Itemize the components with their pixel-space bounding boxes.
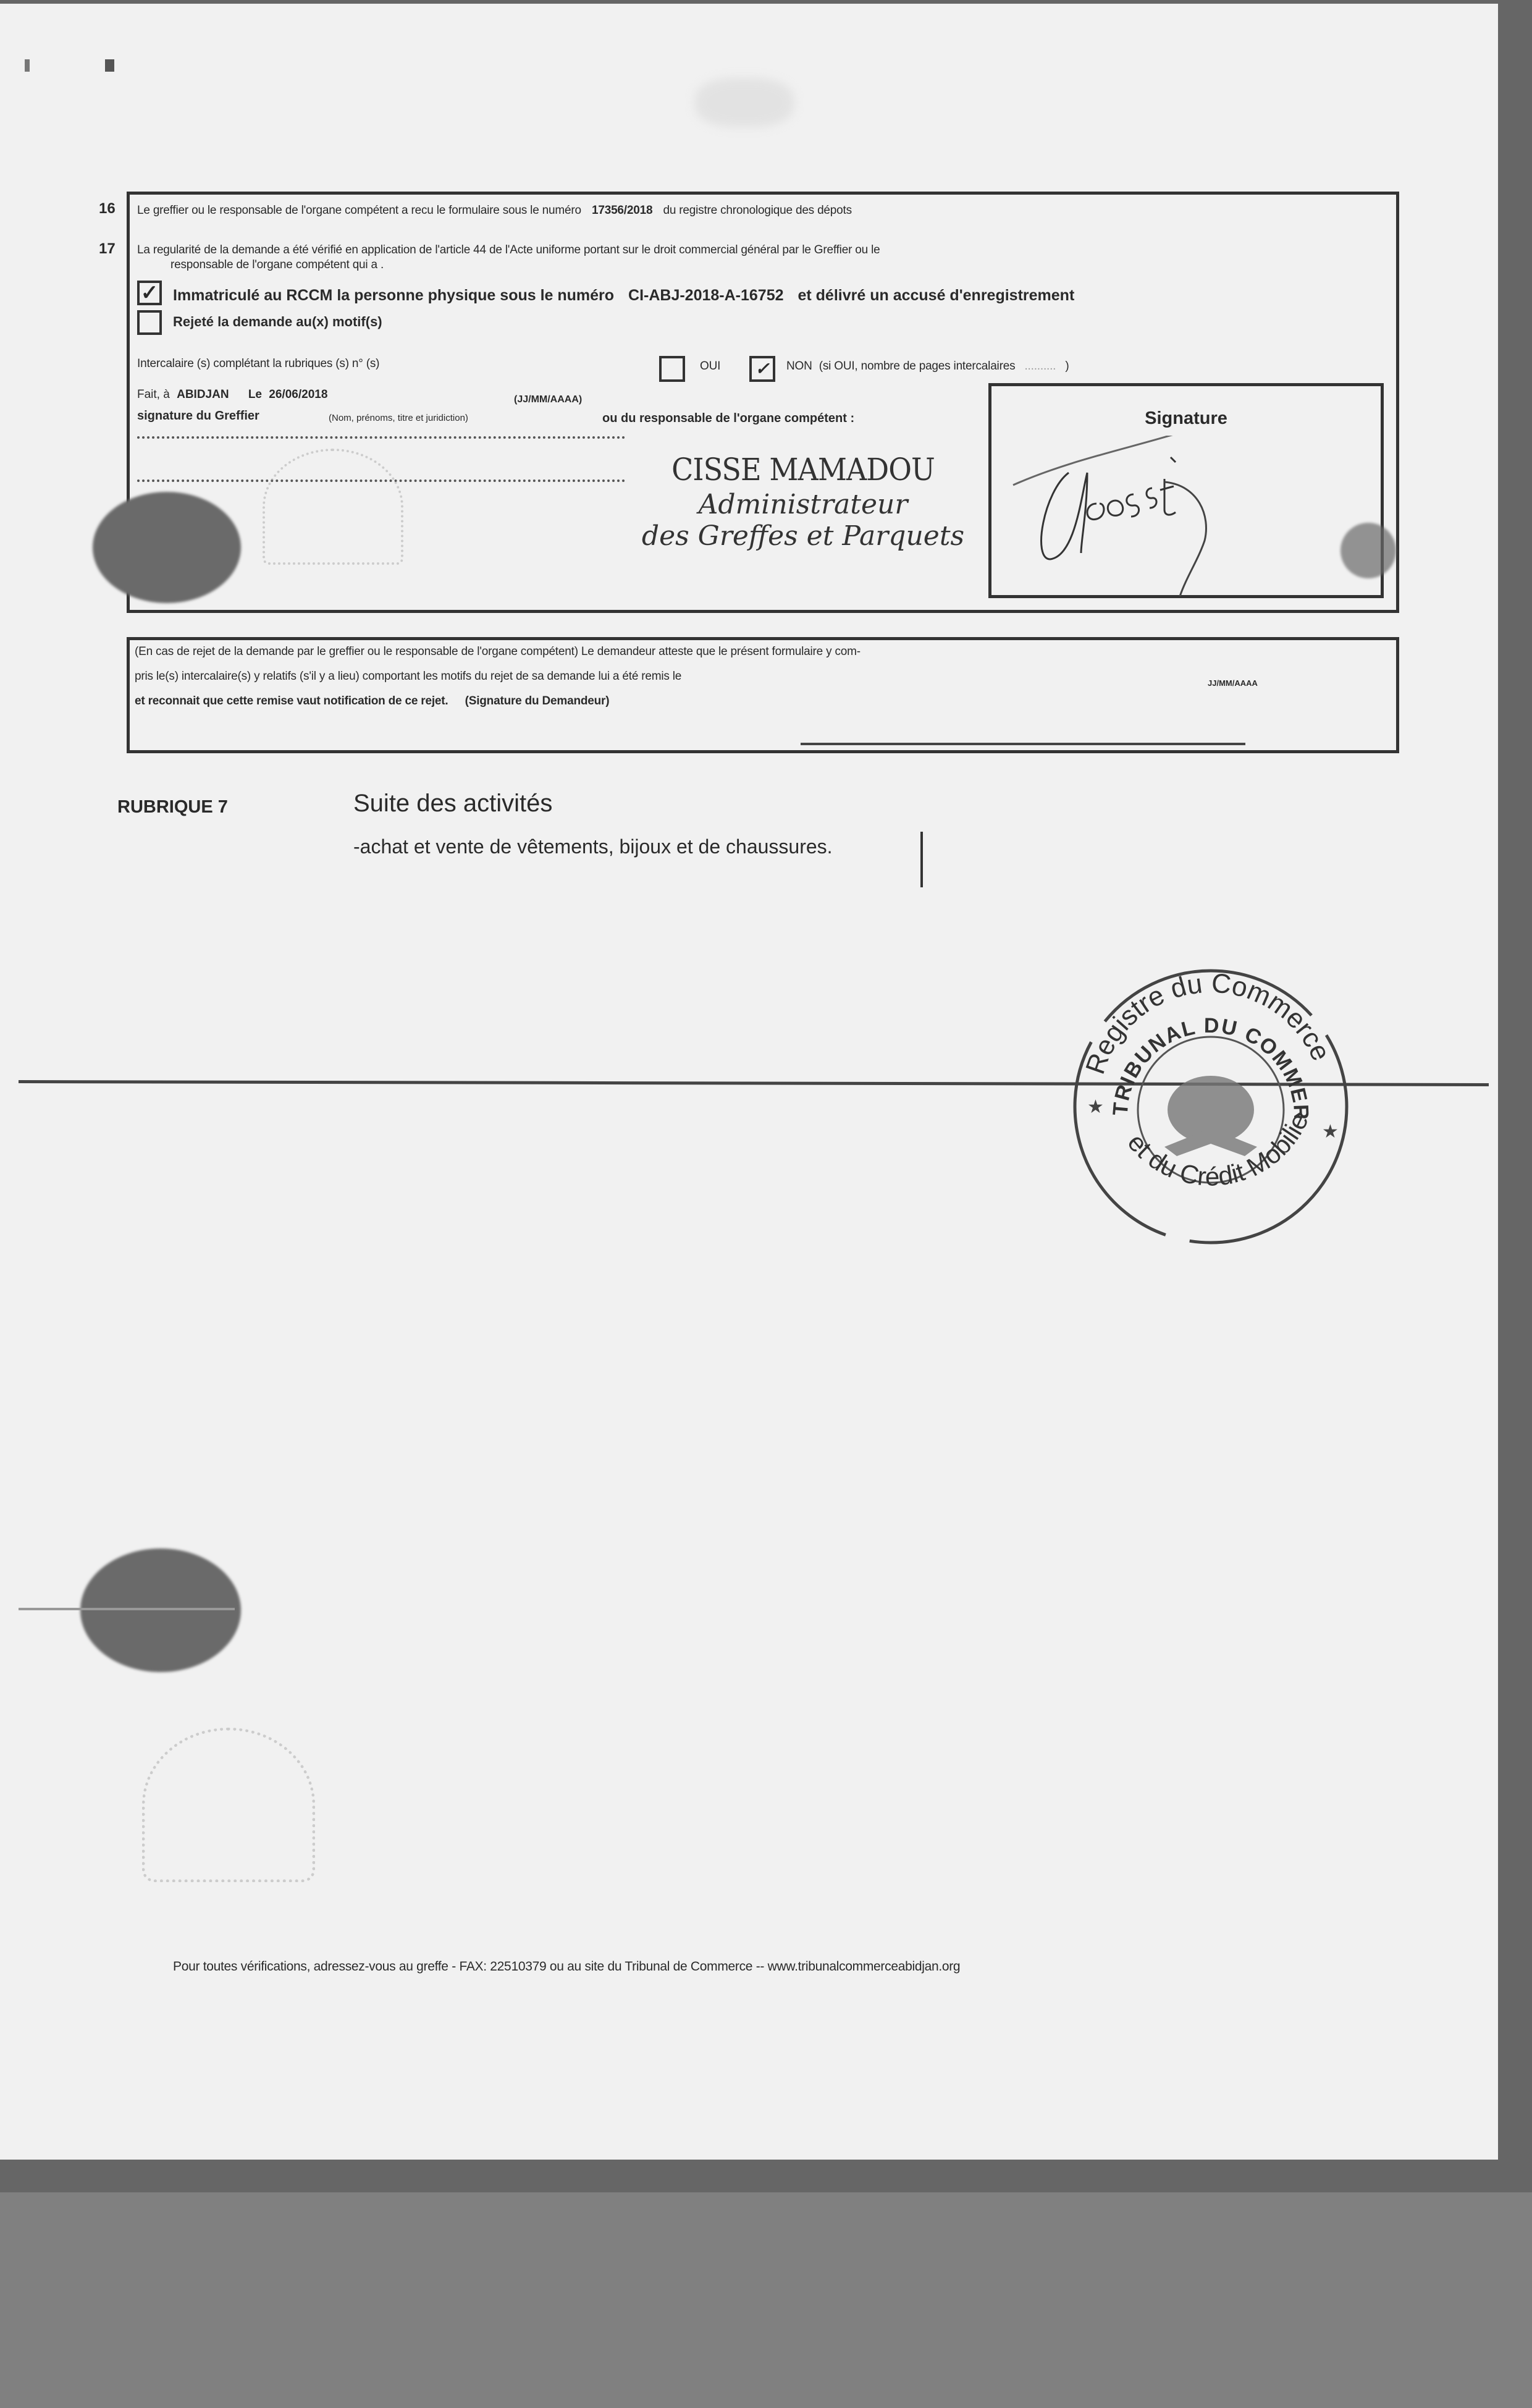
rejected-checkbox[interactable] xyxy=(137,310,162,335)
applicant-signature-line xyxy=(801,743,1245,745)
ink-stain-right xyxy=(1340,523,1396,578)
section-17-line1: La regularité de la demande a été vérifi… xyxy=(137,243,880,257)
non-checkbox[interactable]: ✓ xyxy=(749,356,775,382)
section-16-text: Le greffier ou le responsable de l'organ… xyxy=(137,204,852,218)
registry-number: 17356/2018 xyxy=(592,204,652,217)
rejected-option-label: Rejeté la demande au(x) motif(s) xyxy=(173,314,382,330)
svg-text:★: ★ xyxy=(1087,1097,1104,1117)
official-name: CISSE MAMADOU xyxy=(650,452,957,488)
court-seal-icon: Registre du Commerce TRIBUNAL DU COMMERC… xyxy=(1063,961,1359,1246)
signature-box-title: Signature xyxy=(991,408,1381,429)
rubrique-title: Suite des activités xyxy=(353,790,552,817)
ink-stain-left xyxy=(93,492,241,603)
section-17-line2: responsable de l'organe compétent qui a … xyxy=(170,258,384,272)
signature-box: Signature xyxy=(988,383,1384,598)
rejection-line3: et reconnait que cette remise vaut notif… xyxy=(135,695,609,708)
done-at-line: Fait, à ABIDJAN Le 26/06/2018 xyxy=(137,388,327,402)
punch-hole-mark xyxy=(25,59,117,72)
intercalaire-label: Intercalaire (s) complétant la rubriques… xyxy=(137,357,379,371)
scanned-page: 16 17 Le greffier ou le responsable de l… xyxy=(0,4,1498,2160)
section-17-number: 17 xyxy=(99,240,116,258)
oui-checkbox[interactable] xyxy=(659,356,685,382)
footer-note: Pour toutes vérifications, adressez-vous… xyxy=(173,1959,960,1974)
stain-streak xyxy=(19,1608,235,1610)
greffier-hint: (Nom, prénoms, titre et juridiction) xyxy=(329,413,468,423)
registered-option-text: Immatriculé au RCCM la personne physique… xyxy=(173,287,1074,305)
ink-stain-bottom xyxy=(80,1548,241,1672)
handwritten-signature-icon xyxy=(995,436,1316,596)
city: ABIDJAN xyxy=(177,388,229,401)
checkmark-icon: ✓ xyxy=(141,282,159,303)
official-title-2: des Greffes et Parquets xyxy=(636,520,970,552)
oui-label: OUI xyxy=(700,360,720,373)
section-16-text-before: Le greffier ou le responsable de l'organ… xyxy=(137,204,581,217)
intercalaire-note: NON (si OUI, nombre de pages intercalair… xyxy=(786,360,1069,373)
rejection-line1: (En cas de rejet de la demande par le gr… xyxy=(135,645,861,659)
rejection-line2: pris le(s) intercalaire(s) y relatifs (s… xyxy=(135,670,681,683)
rubrique-label: RUBRIQUE 7 xyxy=(117,797,228,817)
greffier-signature-label: signature du Greffier xyxy=(137,409,259,423)
pen-mark xyxy=(920,832,923,887)
rccm-number: CI-ABJ-2018-A-16752 xyxy=(628,287,784,304)
name-line-1 xyxy=(137,436,625,439)
header-smudge xyxy=(695,78,794,127)
section-16-number: 16 xyxy=(99,200,116,218)
official-title-1: Administrateur xyxy=(636,489,970,520)
section-16-text-after: du registre chronologique des dépots xyxy=(663,204,851,217)
rubrique-activity: -achat et vente de vêtements, bijoux et … xyxy=(353,835,833,858)
date: 26/06/2018 xyxy=(269,388,327,401)
bleed-through-seal-bottom xyxy=(142,1728,315,1882)
bleed-through-stamp xyxy=(263,449,403,565)
greffier-or-label: ou du responsable de l'organe compétent … xyxy=(602,412,854,426)
svg-text:★: ★ xyxy=(1322,1122,1339,1142)
official-name-stamp: CISSE MAMADOU Administrateur des Greffes… xyxy=(636,452,970,552)
date-format-hint: (JJ/MM/AAAA) xyxy=(514,394,582,405)
checkmark-icon: ✓ xyxy=(755,360,769,378)
applicant-signature-hint: (Signature du Demandeur) xyxy=(465,695,610,708)
registered-checkbox[interactable]: ✓ xyxy=(137,281,162,305)
rejection-date-format: JJ/MM/AAAA xyxy=(1208,678,1258,688)
